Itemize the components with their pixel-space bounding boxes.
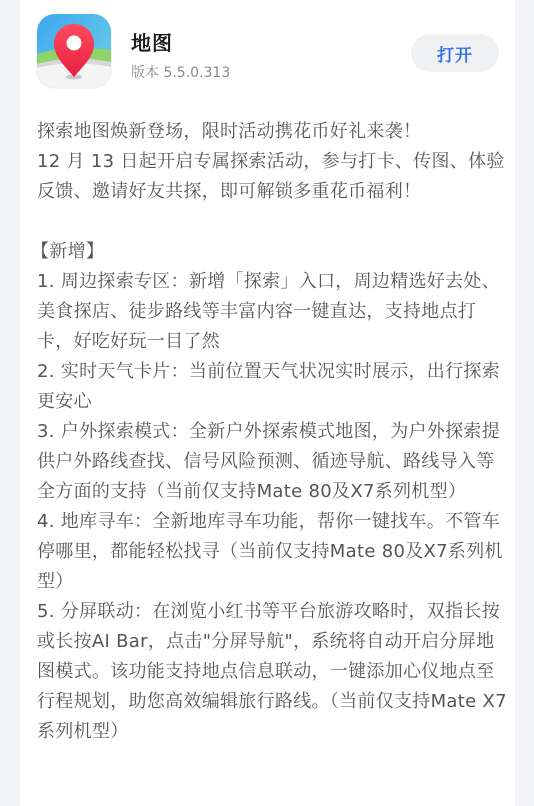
open-app-button[interactable]: 打开 (411, 34, 499, 72)
app-version: 版本 5.5.0.313 (131, 62, 230, 82)
app-header: 地图 版本 5.5.0.313 打开 (20, 0, 515, 110)
release-note-item: 3. 户外探索模式：全新户外探索模式地图，为户外探索提供户外路线查找、信号风险预… (37, 417, 507, 507)
spacer (37, 207, 507, 237)
release-note-item: 4. 地库寻车：全新地库寻车功能，帮你一键找车。不管车停哪里，都能轻松找寻（当前… (37, 507, 507, 597)
map-pin-app-icon[interactable] (37, 14, 111, 88)
app-update-card: 地图 版本 5.5.0.313 打开 探索地图焕新登场，限时活动携花币好礼来袭！… (20, 0, 515, 806)
release-note-item: 5. 分屏联动：在浏览小红书等平台旅游攻略时，双指长按或长按AI Bar，点击"… (37, 597, 507, 747)
release-note-item: 2. 实时天气卡片：当前位置天气状况实时展示，出行探索更安心 (37, 357, 507, 417)
intro-line: 探索地图焕新登场，限时活动携花币好礼来袭！ (37, 117, 507, 147)
intro-line: 12 月 13 日起开启专属探索活动，参与打卡、传图、体验反馈、邀请好友共探，即… (37, 147, 507, 207)
release-notes: 探索地图焕新登场，限时活动携花币好礼来袭！ 12 月 13 日起开启专属探索活动… (37, 117, 507, 747)
release-note-item: 1. 周边探索专区：新增「探索」入口，周边精选好去处、美食探店、徒步路线等丰富内… (37, 267, 507, 357)
app-name: 地图 (131, 27, 173, 56)
section-title: 【新增】 (37, 237, 507, 267)
